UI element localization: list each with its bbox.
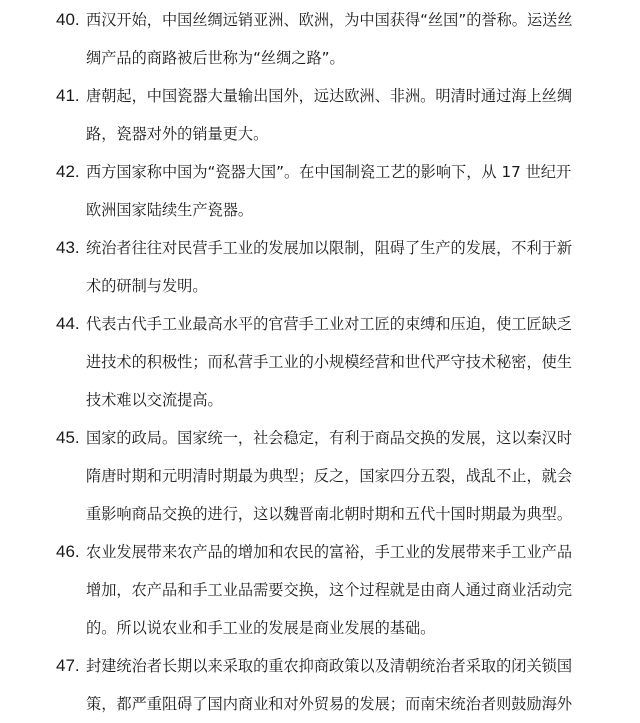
item-number: 42. bbox=[56, 153, 80, 191]
item-number: 46. bbox=[56, 533, 80, 571]
item-text-line: 的。所以说农业和手工业的发展是商业发展的基础。 bbox=[86, 609, 572, 647]
item-number: 40. bbox=[56, 1, 80, 39]
item-text-line: 西汉开始，中国丝绸远销亚洲、欧洲，为中国获得“丝国”的誉称。运送丝 bbox=[86, 1, 572, 39]
item-text-line: 策，都严重阻碍了国内商业和对外贸易的发展；而南宋统治者则鼓励海外贸 bbox=[86, 685, 572, 723]
item-number: 44. bbox=[56, 305, 80, 343]
item-text-line: 欧洲国家陆续生产瓷器。 bbox=[86, 191, 572, 229]
item-text-line: 路，瓷器对外的销量更大。 bbox=[86, 115, 572, 153]
item-text-line: 增加，农产品和手工业品需要交换，这个过程就是由商人通过商业活动完成 bbox=[86, 571, 572, 609]
item-text-line: 国家的政局。国家统一，社会稳定，有利于商品交换的发展，这以秦汉时期、 bbox=[86, 419, 572, 457]
item-text-line: 技术难以交流提高。 bbox=[86, 381, 572, 419]
item-text-line: 农业发展带来农产品的增加和农民的富裕，手工业的发展带来手工业产品的 bbox=[86, 533, 572, 571]
item-text-line: 唐朝起，中国瓷器大量输出国外，远达欧洲、非洲。明清时通过海上丝绸之 bbox=[86, 77, 572, 115]
item-number: 41. bbox=[56, 77, 80, 115]
item-number: 43. bbox=[56, 229, 80, 267]
item-text-line: 绸产品的商路被后世称为“丝绸之路”。 bbox=[86, 39, 572, 77]
item-text-line: 进技术的积极性；而私营手工业的小规模经营和世代严守技术秘密，使生产 bbox=[86, 343, 572, 381]
item-text-line: 代表古代手工业最高水平的官营手工业对工匠的束缚和压迫，使工匠缺乏改 bbox=[86, 305, 572, 343]
item-number: 47. bbox=[56, 647, 80, 685]
item-text-line: 统治者往往对民营手工业的发展加以限制，阻碍了生产的发展，不利于新技 bbox=[86, 229, 572, 267]
item-number: 45. bbox=[56, 419, 80, 457]
item-text-line: 西方国家称中国为“瓷器大国”。在中国制瓷工艺的影响下，从 17 世纪开始， bbox=[86, 153, 572, 191]
item-text-line: 重影响商品交换的进行，这以魏晋南北朝时期和五代十国时期最为典型。 bbox=[86, 495, 572, 533]
item-text-line: 隋唐时期和元明清时期最为典型；反之，国家四分五裂，战乱不止，就会严 bbox=[86, 457, 572, 495]
item-text-line: 术的研制与发明。 bbox=[86, 267, 572, 305]
item-text-line: 封建统治者长期以来采取的重农抑商政策以及清朝统治者采取的闭关锁国政 bbox=[86, 647, 572, 685]
